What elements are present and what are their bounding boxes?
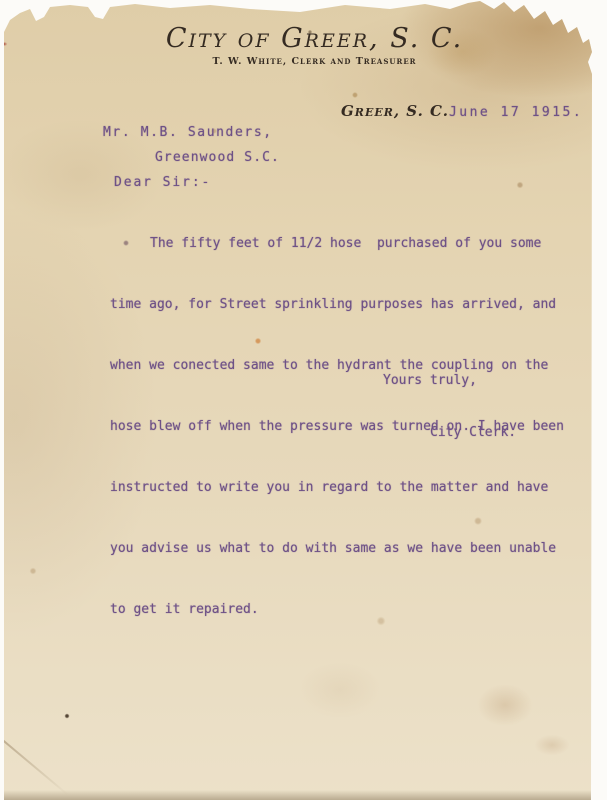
letter-paper: City of Greer, S. C. T. W. White, Clerk … xyxy=(0,0,607,800)
valediction: Yours truly, xyxy=(383,372,477,390)
letterhead: City of Greer, S. C. T. W. White, Clerk … xyxy=(22,24,607,67)
body-line: The fifty feet of 11/2 hose purchased of… xyxy=(110,231,564,256)
letterhead-subtitle: T. W. White, Clerk and Treasurer xyxy=(22,56,607,67)
body-line: when we conected same to the hydrant the… xyxy=(110,353,564,378)
dateline-place: Greer, S. C. xyxy=(341,102,449,120)
letterhead-title: City of Greer, S. C. xyxy=(22,24,607,54)
body-line: instructed to write you in regard to the… xyxy=(110,475,564,500)
body-line: to get it repaired. xyxy=(110,597,564,622)
scan-background: City of Greer, S. C. T. W. White, Clerk … xyxy=(0,0,607,800)
dateline-date: June 17 1915. xyxy=(449,105,583,120)
body-line: you advise us what to do with same as we… xyxy=(110,536,564,561)
salutation: Dear Sir:- xyxy=(114,174,211,192)
recipient-name: Mr. M.B. Saunders, xyxy=(103,124,273,142)
recipient-city: Greenwood S.C. xyxy=(155,149,280,167)
body-line: time ago, for Street sprinkling purposes… xyxy=(110,292,564,317)
signature-city-clerk: City Clerk. xyxy=(430,424,516,442)
paper-bottom-edge xyxy=(0,790,607,800)
dateline: Greer, S. C.June 17 1915. xyxy=(341,102,583,121)
